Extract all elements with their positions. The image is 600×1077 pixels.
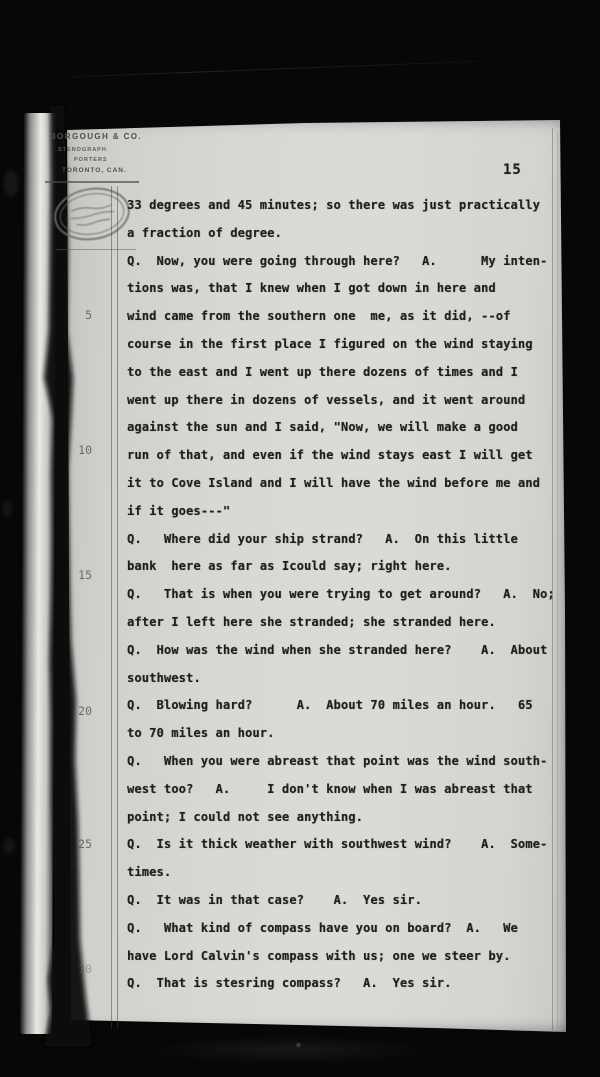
transcript-line: a fraction of degree.	[127, 220, 555, 248]
transcript-line: tions was, that I knew when I got down i…	[127, 275, 555, 303]
transcript-body: 33 degrees and 45 minutes; so there was …	[127, 192, 555, 998]
transcript-line: against the sun and I said, "Now, we wil…	[127, 414, 555, 442]
transcript-line: Q. Blowing hard? A. About 70 miles an ho…	[127, 692, 555, 720]
transcript-line: Q. What kind of compass have you on boar…	[127, 915, 555, 943]
transcript-line: Q. It was in that case? A. Yes sir.	[127, 887, 555, 915]
line-number-20: 20	[70, 704, 92, 718]
page-number: 15	[503, 162, 522, 178]
line-number-15: 15	[70, 568, 92, 582]
transcript-line: to the east and I went up there dozens o…	[127, 359, 555, 387]
letterhead-firm-name: BORGOUGH & CO.	[50, 132, 142, 141]
transcript-line: if it goes---"	[127, 498, 555, 526]
left-margin-rule-inner	[117, 186, 118, 1028]
letterhead-subtitle: STENOGRAPH	[58, 147, 107, 153]
transcript-line: Q. When you were abreast that point was …	[127, 748, 555, 776]
line-number-10: 10	[70, 443, 92, 457]
transcript-line: course in the first place I figured on t…	[127, 331, 555, 359]
line-number-5: 5	[70, 308, 92, 322]
transcript-line: wind came from the southern one me, as i…	[127, 303, 555, 331]
right-page-stack-edge	[557, 132, 558, 1028]
transcript-line: Q. That is when you were trying to get a…	[127, 581, 555, 609]
transcript-line: point; I could not see anything.	[127, 804, 555, 832]
transcript-line: 33 degrees and 45 minutes; so there was …	[127, 192, 555, 220]
transcript-line: bank here as far as Icould say; right he…	[127, 553, 555, 581]
transcript-line: Q. How was the wind when she stranded he…	[127, 637, 555, 665]
line-number-30: 30	[70, 962, 92, 976]
film-speck	[296, 1043, 301, 1047]
left-margin-rule-outer	[111, 186, 112, 1028]
letterhead-city: TORONTO, CAN.	[62, 167, 127, 174]
transcript-line: Q. Now, you were going through here? A. …	[127, 248, 555, 276]
film-haze	[150, 1036, 430, 1064]
transcript-line: Q. That is stesring compass? A. Yes sir.	[127, 970, 555, 998]
transcript-line: west too? A. I don't know when I was abr…	[127, 776, 555, 804]
letterhead-subtitle-2: PORTERS	[74, 157, 108, 163]
transcript-line: southwest.	[127, 665, 555, 693]
transcript-line: after I left here she stranded; she stra…	[127, 609, 555, 637]
transcript-line: went up there in dozens of vessels, and …	[127, 387, 555, 415]
transcript-line: have Lord Calvin's compass with us; one …	[127, 943, 555, 971]
film-speck	[3, 838, 15, 854]
transcript-line: run of that, and even if the wind stays …	[127, 442, 555, 470]
transcript-line: it to Cove Island and I will have the wi…	[127, 470, 555, 498]
transcript-line: times.	[127, 859, 555, 887]
transcript-line: to 70 miles an hour.	[127, 720, 555, 748]
film-speck	[4, 170, 18, 196]
film-speck	[2, 500, 12, 518]
embossed-stamp-icon	[50, 182, 134, 246]
stamp-underline	[56, 249, 136, 250]
transcript-line: Q. Where did your ship strand? A. On thi…	[127, 526, 555, 554]
line-number-25: 25	[70, 837, 92, 851]
transcript-line: Q. Is it thick weather with southwest wi…	[127, 831, 555, 859]
scanned-transcript-photo: BORGOUGH & CO. STENOGRAPH PORTERS TORONT…	[0, 0, 600, 1077]
